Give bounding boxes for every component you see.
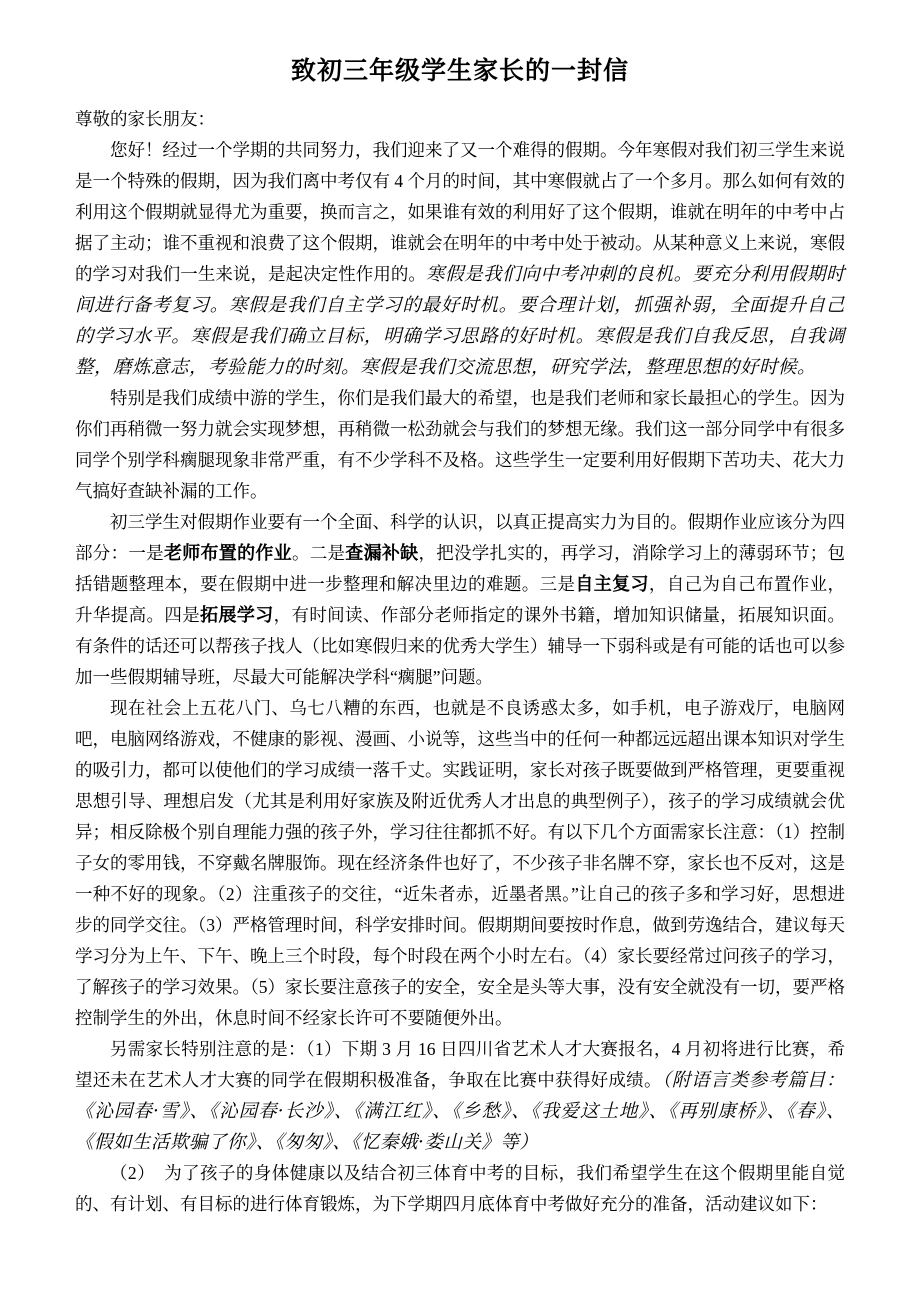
document-title: 致初三年级学生家长的一封信 [75, 54, 845, 88]
text-run: 查漏补缺 [345, 543, 418, 563]
para-sports-exercise: （2） 为了孩子的身体健康以及结合初三体育中考的目标，我们希望学生在这个假期里能… [75, 1158, 845, 1220]
text-run: 。二是 [292, 543, 345, 563]
para-art-contest: 另需家长特别注意的是：（1）下期 3 月 16 日四川省艺术人才大赛报名，4 月… [75, 1034, 845, 1158]
para-holiday-homework: 初三学生对假期作业要有一个全面、科学的认识，以真正提高实力为目的。假期作业应该分… [75, 507, 845, 693]
para-opening: 您好！经过一个学期的共同努力，我们迎来了又一个难得的假期。今年寒假对我们初三学生… [75, 135, 845, 383]
para-middle-students: 特别是我们成绩中游的学生，你们是我们最大的希望，也是我们老师和家长最担心的学生。… [75, 383, 845, 507]
text-run: 您好！经过一个学期的共同努力，我们迎来了又一个难得的假期。今年寒假对我们初三学生… [75, 140, 845, 284]
text-run: 现在社会上五花八门、乌七八糟的东西，也就是不良诱惑太多，如手机，电子游戏厅，电脑… [75, 698, 845, 1028]
document-body: 您好！经过一个学期的共同努力，我们迎来了又一个难得的假期。今年寒假对我们初三学生… [75, 135, 845, 1220]
text-run: 老师布置的作业 [164, 543, 292, 563]
text-run: 拓展学习 [200, 605, 273, 625]
text-run: （2） 为了孩子的身体健康以及结合初三体育中考的目标，我们希望学生在这个假期里能… [75, 1163, 845, 1214]
para-temptations-and-advice: 现在社会上五花八门、乌七八糟的东西，也就是不良诱惑太多，如手机，电子游戏厅，电脑… [75, 693, 845, 1034]
document-page: 致初三年级学生家长的一封信 尊敬的家长朋友： 您好！经过一个学期的共同努力，我们… [0, 0, 920, 1302]
text-run: 自主复习 [575, 574, 648, 594]
salutation-line: 尊敬的家长朋友： [75, 104, 845, 135]
text-run: 特别是我们成绩中游的学生，你们是我们最大的希望，也是我们老师和家长最担心的学生。… [75, 388, 845, 501]
